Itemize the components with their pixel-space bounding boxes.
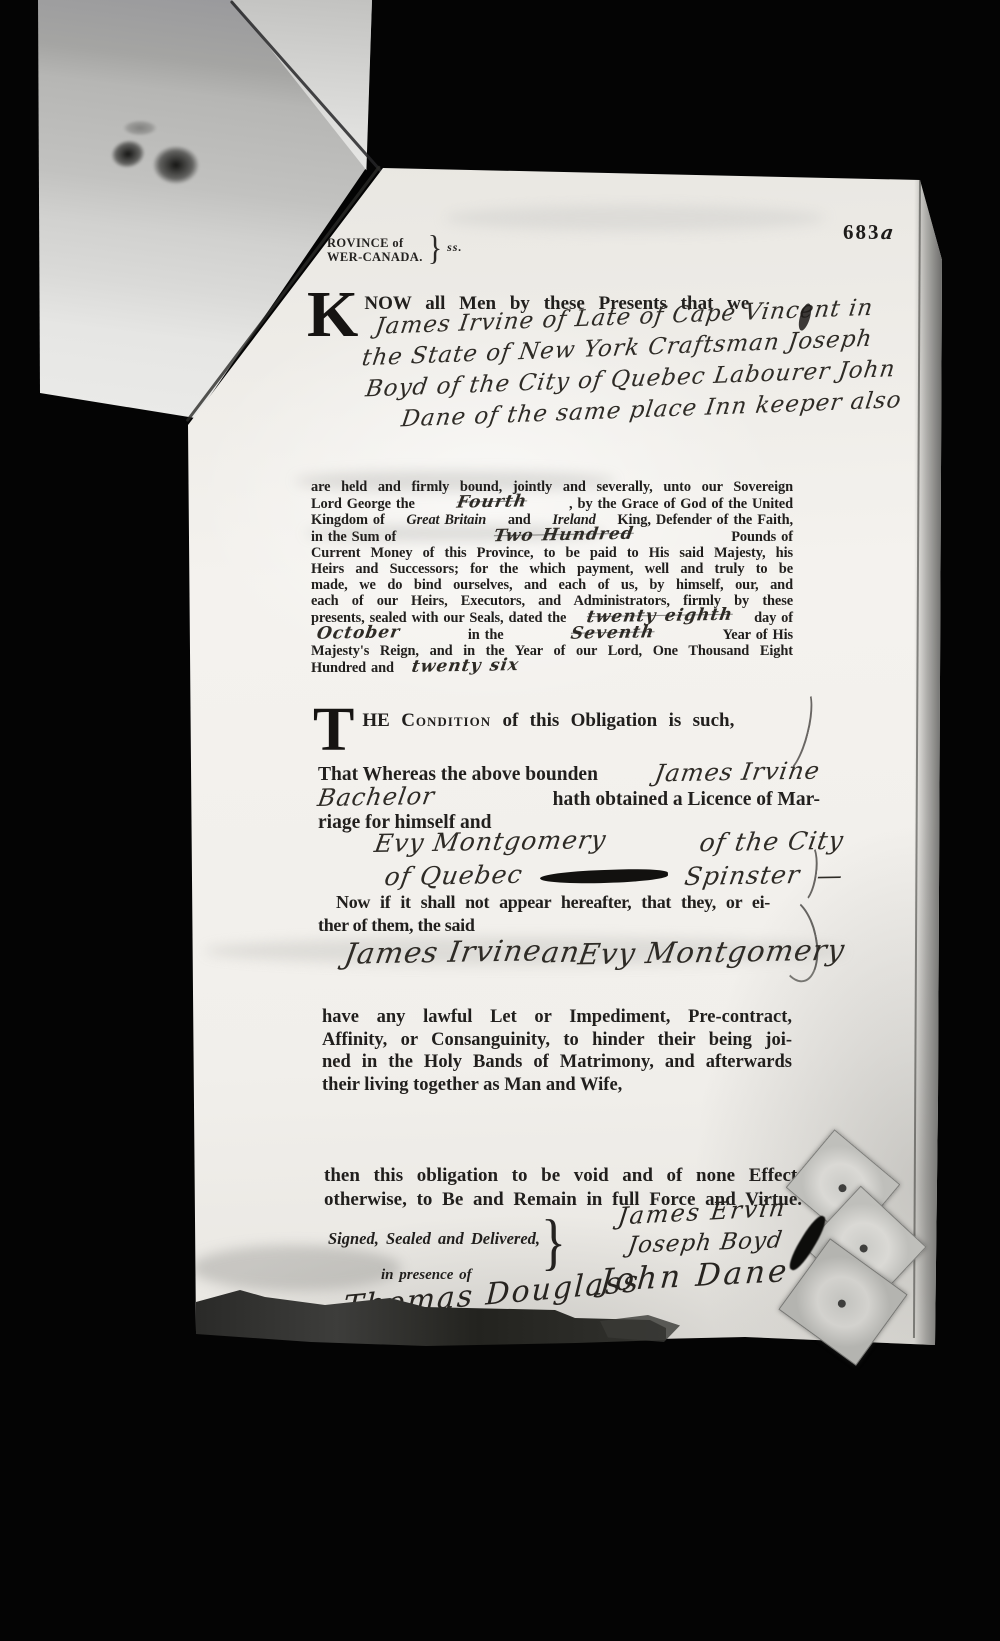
ss-abbreviation: ss. (447, 240, 462, 255)
archive-page-number: 683a (843, 220, 893, 245)
now-if-clause: Now if it shall not appear hereafter, th… (318, 891, 770, 937)
printed-text: Kingdom of (311, 512, 385, 528)
text-line: in the Sum ofTwo HundredPounds of (311, 528, 793, 545)
archive-number-suffix: a (879, 222, 894, 244)
printed-text: Pounds of (731, 529, 793, 545)
printed-text: their living together as Man and Wife, (322, 1074, 622, 1097)
printed-text: Condition (401, 710, 491, 732)
document-photo: ROVINCE of WER-CANADA. } ss. 683a K NOW … (0, 0, 1000, 1641)
printed-text: is (669, 710, 682, 732)
text-line: Bachelorhath obtained a Licence of Mar- (318, 786, 820, 811)
province-line2: WER-CANADA. (327, 251, 423, 265)
printed-text: in the (468, 627, 504, 643)
text-line: Current Money of this Province, to be pa… (311, 545, 793, 561)
handwritten-text: James Irvine (342, 933, 544, 970)
text-line: Octoberin theSeventhYear of His (311, 626, 793, 643)
smudge (445, 205, 825, 231)
text-line: have any lawful Let or Impediment, Pre-c… (322, 1006, 792, 1029)
signed-sealed-label: Signed, Sealed and Delivered, (328, 1229, 540, 1249)
text-line: Affinity, or Consanguinity, to hinder th… (322, 1029, 792, 1052)
smudge (191, 1245, 401, 1291)
province-line1: ROVINCE of (327, 237, 423, 251)
ink-stain (146, 140, 206, 190)
text-line: James IrvineanEvy Montgomery (345, 935, 815, 969)
handwritten-text: October (316, 624, 402, 641)
handwritten-text: twenty six (410, 657, 520, 675)
brace-glyph: } (541, 1207, 566, 1278)
handwritten-text: of the City (697, 824, 846, 860)
text-line: Majesty's Reign, and in the Year of our … (311, 643, 793, 659)
handwritten-bride: Evy Montgomeryof the Cityof QuebecSpinst… (375, 825, 843, 893)
printed-text: then this obligation to be void and of n… (324, 1164, 802, 1188)
printed-text: in the Sum of (311, 529, 396, 545)
printed-text: Now if it shall not appear hereafter, th… (336, 891, 770, 914)
printed-text: Year of His (723, 627, 793, 643)
handwritten-text: Spinster (682, 858, 803, 894)
text-line: ned in the Holy Bands of Matrimony, and … (322, 1051, 792, 1074)
handwritten-text: — (814, 859, 845, 893)
dropcap-k: K (307, 288, 358, 342)
handwritten-text: Seventh (570, 624, 656, 641)
text-line: their living together as Man and Wife, (322, 1074, 792, 1097)
text-line: Now if it shall not appear hereafter, th… (336, 891, 770, 914)
pen-flourish (765, 893, 826, 986)
handwritten-text: Fourth (456, 493, 529, 510)
handwritten-text: Two Hundred (492, 526, 634, 544)
handwritten-text: of Quebec (382, 858, 525, 894)
printed-text: Affinity, or Consanguinity, to hinder th… (322, 1029, 792, 1052)
text-line: then this obligation to be void and of n… (324, 1164, 802, 1188)
handwritten-parties: James Irvine of Late of Cape Vincent int… (362, 298, 826, 432)
bond-paragraph: are held and firmly bound, jointly and s… (311, 476, 793, 676)
handwritten-couple-names: James IrvineanEvy Montgomery (345, 935, 815, 969)
text-line: Lord George theFourth, by the Grace of G… (311, 495, 793, 512)
printed-text: hath obtained a Licence of Mar- (553, 788, 820, 811)
text-line: of QuebecSpinster— (385, 859, 843, 893)
printed-text: Heirs and Successors; for the which paym… (311, 561, 793, 577)
text-line: made, we do bind ourselves, and each of … (311, 577, 793, 593)
text-line: are held and firmly bound, jointly and s… (311, 479, 793, 495)
printed-text: Obligation (571, 710, 658, 732)
handwritten-text: James Irvine (653, 760, 822, 786)
impediment-paragraph: have any lawful Let or Impediment, Pre-c… (322, 1006, 792, 1096)
brace-glyph: } (428, 229, 442, 268)
handwritten-text: Evy Montgomery (372, 823, 609, 861)
archive-number: 683 (843, 220, 881, 244)
printed-text: Current Money of this Province, to be pa… (311, 545, 793, 561)
printed-text: ned in the Holy Bands of Matrimony, and … (322, 1051, 792, 1074)
printed-text: this (530, 710, 560, 732)
text-line: HEConditionofthisObligationissuch, (362, 710, 734, 732)
text-line: Hundred andtwenty six (311, 659, 793, 676)
text-line: Heirs and Successors; for the which paym… (311, 561, 793, 577)
province-header: ROVINCE of WER-CANADA. } ss. (327, 235, 462, 266)
printed-text: King, Defender of the Faith, (617, 512, 793, 528)
handwritten-text (539, 867, 667, 884)
dropcap-t: T (313, 706, 354, 754)
ink-stain (118, 118, 162, 138)
printed-text: Lord George the (311, 496, 415, 512)
printed-text: of (502, 710, 518, 732)
condition-heading: T HEConditionofthisObligationissuch, (313, 706, 734, 754)
printed-text: such, (693, 710, 735, 732)
printed-text: made, we do bind ourselves, and each of … (311, 577, 793, 593)
printed-text: have any lawful Let or Impediment, Pre-c… (322, 1006, 792, 1029)
printed-text: ther of them, the said (318, 914, 475, 937)
printed-text: Great Britain (406, 512, 486, 528)
printed-text: Majesty's Reign, and in the Year of our … (311, 643, 793, 659)
printed-text: Hundred and (311, 660, 394, 676)
signature-john-dane: John Dane (599, 1253, 791, 1299)
printed-text: day of (754, 610, 793, 626)
text-line: Evy Montgomeryof the City (375, 825, 843, 859)
printed-text: , by the Grace of God of the United (569, 496, 793, 512)
handwritten-text: an (539, 935, 582, 970)
printed-text: are held and firmly bound, jointly and s… (311, 479, 793, 495)
printed-text: HE (362, 710, 389, 732)
handwritten-text: Bachelor (316, 785, 437, 810)
condition-heading-line: HEConditionofthisObligationissuch, (362, 710, 734, 732)
